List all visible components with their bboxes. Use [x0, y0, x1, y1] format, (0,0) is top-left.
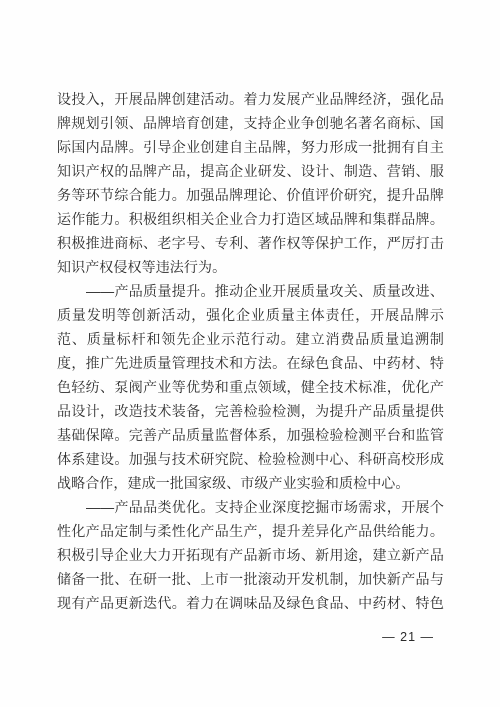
text-line: 品设计，改造技术装备，完善检验检测，为提升产品质量提供 [57, 399, 444, 423]
text-line: 积极引导企业大力开拓现有产品新市场、新用途，建立新产品 [57, 543, 444, 567]
text-line: 色轻纺、泵阀产业等优势和重点领域，健全技术标准，优化产 [57, 375, 444, 399]
text-line: ——产品质量提升。推动企业开展质量攻关、质量改进、 [57, 279, 444, 303]
page-number: — 21 — [382, 629, 434, 645]
text-line: 积极推进商标、老字号、专利、著作权等保护工作，严厉打击 [57, 231, 444, 255]
text-line: 际国内品牌。引导企业创建自主品牌，努力形成一批拥有自主 [57, 135, 444, 159]
text-line: 知识产权侵权等违法行为。 [57, 255, 444, 279]
text-line: ——产品品类优化。支持企业深度挖掘市场需求，开展个 [57, 495, 444, 519]
text-line: 知识产权的品牌产品，提高企业研发、设计、制造、营销、服 [57, 159, 444, 183]
document-body: 设投入，开展品牌创建活动。着力发展产业品牌经济，强化品牌规划引领、品牌培育创建，… [57, 87, 444, 615]
text-line: 务等环节综合能力。加强品牌理论、价值评价研究，提升品牌 [57, 183, 444, 207]
text-line: 性化产品定制与柔性化产品生产，提升差异化产品供给能力。 [57, 519, 444, 543]
text-line: 战略合作，建成一批国家级、市级产业实验和质检中心。 [57, 471, 444, 495]
text-line: 运作能力。积极组织相关企业合力打造区域品牌和集群品牌。 [57, 207, 444, 231]
text-line: 储备一批、在研一批、上市一批滚动开发机制，加快新产品与 [57, 567, 444, 591]
text-line: 牌规划引领、品牌培育创建，支持企业争创驰名著名商标、国 [57, 111, 444, 135]
text-line: 设投入，开展品牌创建活动。着力发展产业品牌经济，强化品 [57, 87, 444, 111]
text-line: 体系建设。加强与技术研究院、检验检测中心、科研高校形成 [57, 447, 444, 471]
paragraph-product-category: ——产品品类优化。支持企业深度挖掘市场需求，开展个性化产品定制与柔性化产品生产，… [57, 495, 444, 615]
paragraph-brand-building: 设投入，开展品牌创建活动。着力发展产业品牌经济，强化品牌规划引领、品牌培育创建，… [57, 87, 444, 279]
text-line: 度，推广先进质量管理技术和方法。在绿色食品、中药材、特 [57, 351, 444, 375]
text-line: 质量发明等创新活动，强化企业质量主体责任，开展品牌示 [57, 303, 444, 327]
document-page: 设投入，开展品牌创建活动。着力发展产业品牌经济，强化品牌规划引领、品牌培育创建，… [0, 0, 500, 707]
text-line: 现有产品更新迭代。着力在调味品及绿色食品、中药材、特色 [57, 591, 444, 615]
text-line: 基础保障。完善产品质量监督体系，加强检验检测平台和监管 [57, 423, 444, 447]
paragraph-product-quality: ——产品质量提升。推动企业开展质量攻关、质量改进、质量发明等创新活动，强化企业质… [57, 279, 444, 495]
text-line: 范、质量标杆和领先企业示范行动。建立消费品质量追溯制 [57, 327, 444, 351]
